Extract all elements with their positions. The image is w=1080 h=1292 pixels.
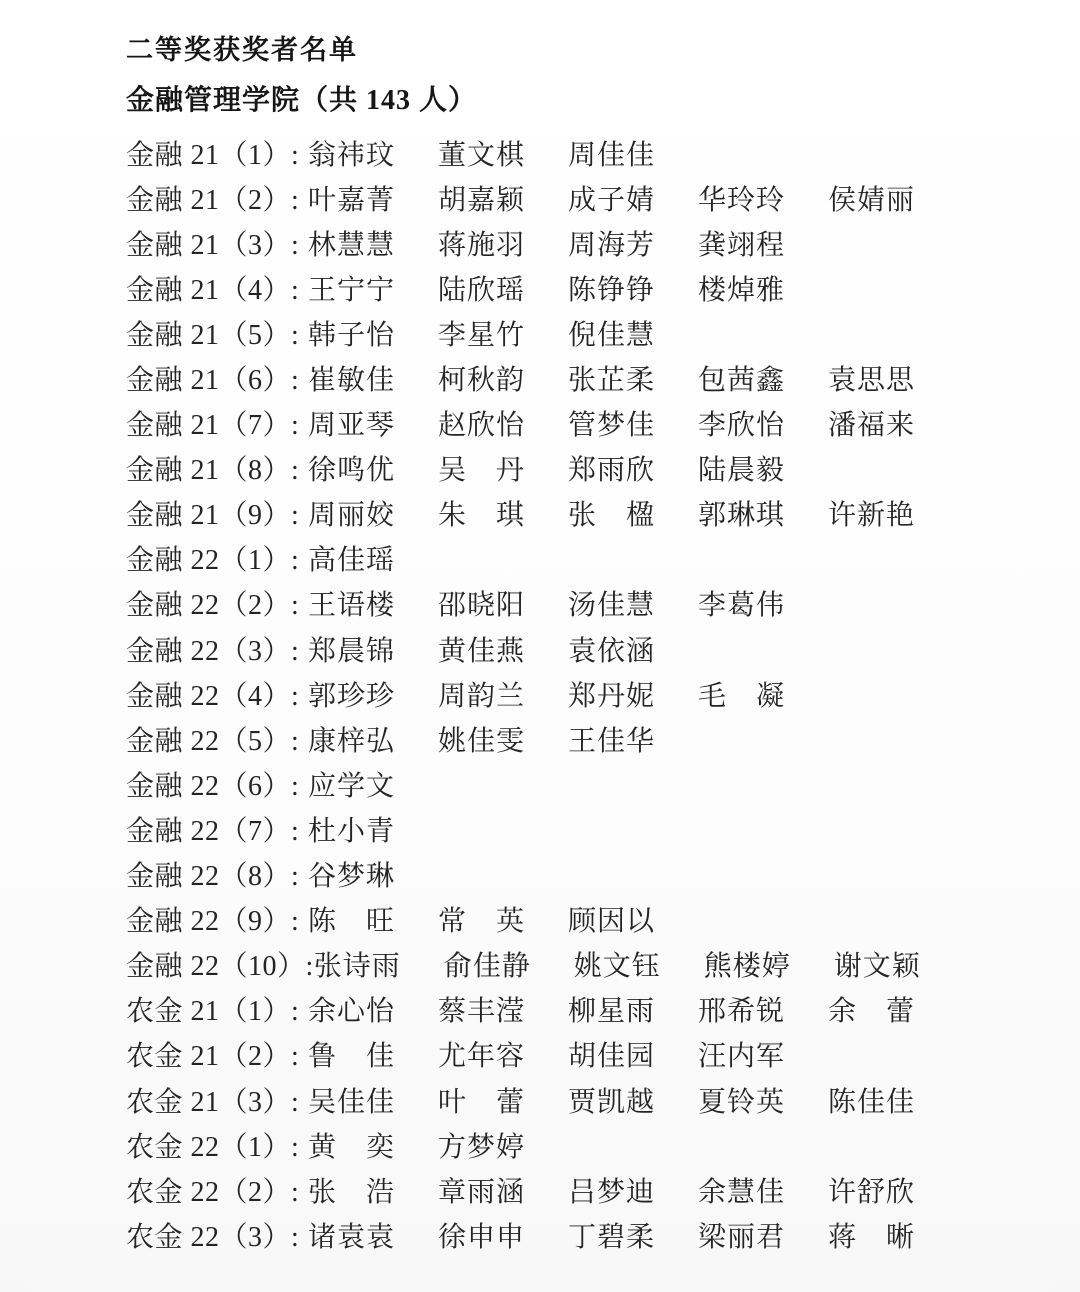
college-heading: 金融管理学院（共 143 人） (126, 84, 1050, 118)
student-name: 袁思思 (828, 358, 958, 398)
class-label: 农金 21（3）: (126, 1080, 308, 1120)
student-name: 鲁 佳 (308, 1034, 438, 1074)
class-label: 金融 22（6）: (126, 764, 308, 804)
class-label: 农金 22（3）: (126, 1215, 308, 1255)
student-name: 许舒欣 (828, 1170, 958, 1210)
award-row: 金融 21（1）: 翁祎玟董文棋周佳佳 (126, 130, 1050, 175)
award-row: 金融 21（7）: 周亚琴赵欣怡管梦佳李欣怡潘福来 (126, 401, 1050, 446)
student-name: 陆晨毅 (698, 448, 828, 488)
award-row: 农金 21（2）: 鲁 佳尤年容胡佳园汪内军 (126, 1032, 1050, 1077)
row-names: 吴佳佳叶 蕾贾凯越夏铃英陈佳佳 (308, 1080, 958, 1120)
award-row: 金融 22（2）: 王语楼邵晓阳汤佳慧李葛伟 (126, 581, 1050, 626)
row-names: 王语楼邵晓阳汤佳慧李葛伟 (308, 583, 828, 623)
row-names: 崔敏佳柯秋韵张芷柔包茜鑫袁思思 (308, 358, 958, 398)
student-name: 应学文 (308, 764, 438, 804)
student-name: 叶 蕾 (438, 1080, 568, 1120)
student-name: 翁祎玟 (308, 133, 438, 173)
student-name: 高佳瑶 (308, 538, 438, 578)
row-names: 应学文 (308, 764, 438, 804)
student-name: 梁丽君 (698, 1215, 828, 1255)
student-name: 李葛伟 (698, 583, 828, 623)
student-name: 郭珍珍 (308, 674, 438, 714)
student-name: 侯婧丽 (828, 178, 958, 218)
student-name: 诸袁袁 (308, 1215, 438, 1255)
student-name: 管梦佳 (568, 403, 698, 443)
student-name: 蒋施羽 (438, 223, 568, 263)
row-names: 杜小青 (308, 809, 438, 849)
class-label: 金融 22（2）: (126, 583, 308, 623)
student-name: 贾凯越 (568, 1080, 698, 1120)
class-label: 金融 21（7）: (126, 403, 308, 443)
student-name: 吕梦迪 (568, 1170, 698, 1210)
class-label: 金融 22（3）: (126, 629, 308, 669)
student-name: 华玲玲 (698, 178, 828, 218)
document-content: 二等奖获奖者名单 金融管理学院（共 143 人） 金融 21（1）: 翁祎玟董文… (126, 34, 1050, 1257)
award-row: 金融 22（7）: 杜小青 (126, 806, 1050, 851)
page-title: 二等奖获奖者名单 (126, 34, 1050, 66)
student-name: 蔡丰滢 (438, 989, 568, 1029)
student-name: 胡佳园 (568, 1034, 698, 1074)
class-label: 金融 21（5）: (126, 313, 308, 353)
student-name: 朱 琪 (438, 493, 568, 533)
student-name: 周亚琴 (308, 403, 438, 443)
student-name: 周韵兰 (438, 674, 568, 714)
student-name: 吴 丹 (438, 448, 568, 488)
student-name: 丁碧柔 (568, 1215, 698, 1255)
award-row: 金融 22（9）: 陈 旺常 英顾因以 (126, 897, 1050, 942)
award-row: 农金 22（1）: 黄 奕方梦婷 (126, 1122, 1050, 1167)
student-name: 成子婧 (568, 178, 698, 218)
class-label: 金融 22（7）: (126, 809, 308, 849)
row-names: 叶嘉菁胡嘉颖成子婧华玲玲侯婧丽 (308, 178, 958, 218)
student-name: 汤佳慧 (568, 583, 698, 623)
award-row: 农金 22（2）: 张 浩章雨涵吕梦迪余慧佳许舒欣 (126, 1167, 1050, 1212)
student-name: 余心怡 (308, 989, 438, 1029)
student-name: 蒋 晰 (828, 1215, 958, 1255)
class-label: 金融 21（8）: (126, 448, 308, 488)
award-row: 金融 22（8）: 谷梦琳 (126, 852, 1050, 897)
student-name: 汪内军 (698, 1034, 828, 1074)
award-row: 金融 21（3）: 林慧慧蒋施羽周海芳龚翊程 (126, 220, 1050, 265)
row-names: 康梓弘姚佳雯王佳华 (308, 719, 698, 759)
student-name: 姚佳雯 (438, 719, 568, 759)
student-name: 赵欣怡 (438, 403, 568, 443)
student-name: 徐申申 (438, 1215, 568, 1255)
student-name: 倪佳慧 (568, 313, 698, 353)
row-names: 周亚琴赵欣怡管梦佳李欣怡潘福来 (308, 403, 958, 443)
student-name: 王佳华 (568, 719, 698, 759)
award-row: 金融 22（4）: 郭珍珍周韵兰郑丹妮毛 凝 (126, 671, 1050, 716)
student-name: 潘福来 (828, 403, 958, 443)
student-name: 毛 凝 (698, 674, 828, 714)
row-names: 韩子怡李星竹倪佳慧 (308, 313, 698, 353)
class-label: 金融 22（4）: (126, 674, 308, 714)
student-name: 郑晨锦 (308, 629, 438, 669)
student-name: 胡嘉颖 (438, 178, 568, 218)
student-name: 方梦婷 (438, 1125, 568, 1165)
row-names: 张 浩章雨涵吕梦迪余慧佳许舒欣 (308, 1170, 958, 1210)
class-label: 金融 22（8）: (126, 854, 308, 894)
award-row: 金融 21（5）: 韩子怡李星竹倪佳慧 (126, 310, 1050, 355)
student-name: 王语楼 (308, 583, 438, 623)
row-names: 徐鸣优吴 丹郑雨欣陆晨毅 (308, 448, 828, 488)
student-name: 袁依涵 (568, 629, 698, 669)
student-name: 董文棋 (438, 133, 568, 173)
class-label: 农金 21（2）: (126, 1034, 308, 1074)
student-name: 谢文颖 (834, 944, 964, 984)
student-name: 李星竹 (438, 313, 568, 353)
award-row: 金融 21（2）: 叶嘉菁胡嘉颖成子婧华玲玲侯婧丽 (126, 175, 1050, 220)
student-name: 王宁宁 (308, 268, 438, 308)
student-name: 楼焯雅 (698, 268, 828, 308)
student-name: 郭琳琪 (698, 493, 828, 533)
student-name: 张诗雨 (314, 944, 444, 984)
row-names: 高佳瑶 (308, 538, 438, 578)
student-name: 叶嘉菁 (308, 178, 438, 218)
student-name: 章雨涵 (438, 1170, 568, 1210)
student-name: 余慧佳 (698, 1170, 828, 1210)
class-label: 农金 21（1）: (126, 989, 308, 1029)
award-row: 金融 22（10）: 张诗雨俞佳静姚文钰熊楼婷谢文颖 (126, 942, 1050, 987)
scanned-document-page: 二等奖获奖者名单 金融管理学院（共 143 人） 金融 21（1）: 翁祎玟董文… (0, 0, 1080, 1292)
class-label: 金融 21（1）: (126, 133, 308, 173)
class-label: 金融 22（9）: (126, 899, 308, 939)
student-name: 张芷柔 (568, 358, 698, 398)
student-name: 熊楼婷 (704, 944, 834, 984)
student-name: 黄 奕 (308, 1125, 438, 1165)
student-name: 陈佳佳 (828, 1080, 958, 1120)
student-name: 李欣怡 (698, 403, 828, 443)
student-name: 谷梦琳 (308, 854, 438, 894)
row-names: 陈 旺常 英顾因以 (308, 899, 698, 939)
student-name: 张 浩 (308, 1170, 438, 1210)
student-name: 周佳佳 (568, 133, 698, 173)
class-label: 金融 21（6）: (126, 358, 308, 398)
student-name: 崔敏佳 (308, 358, 438, 398)
student-name: 韩子怡 (308, 313, 438, 353)
student-name: 周海芳 (568, 223, 698, 263)
student-name: 邢希锐 (698, 989, 828, 1029)
student-name: 黄佳燕 (438, 629, 568, 669)
row-names: 翁祎玟董文棋周佳佳 (308, 133, 698, 173)
student-name: 龚翊程 (698, 223, 828, 263)
class-label: 金融 21（4）: (126, 268, 308, 308)
student-name: 吴佳佳 (308, 1080, 438, 1120)
student-name: 顾因以 (568, 899, 698, 939)
student-name: 柳星雨 (568, 989, 698, 1029)
student-name: 陈铮铮 (568, 268, 698, 308)
student-name: 姚文钰 (574, 944, 704, 984)
award-row: 金融 21（4）: 王宁宁陆欣瑶陈铮铮楼焯雅 (126, 265, 1050, 310)
class-label: 农金 22（2）: (126, 1170, 308, 1210)
student-name: 包茜鑫 (698, 358, 828, 398)
row-names: 张诗雨俞佳静姚文钰熊楼婷谢文颖 (314, 944, 964, 984)
row-names: 林慧慧蒋施羽周海芳龚翊程 (308, 223, 828, 263)
class-label: 金融 22（10）: (126, 944, 314, 984)
student-name: 郑雨欣 (568, 448, 698, 488)
class-label: 金融 21（3）: (126, 223, 308, 263)
class-label: 金融 21（9）: (126, 493, 308, 533)
student-name: 陈 旺 (308, 899, 438, 939)
student-name: 张 楹 (568, 493, 698, 533)
award-row: 金融 22（5）: 康梓弘姚佳雯王佳华 (126, 716, 1050, 761)
row-names: 王宁宁陆欣瑶陈铮铮楼焯雅 (308, 268, 828, 308)
student-name: 柯秋韵 (438, 358, 568, 398)
row-names: 诸袁袁徐申申丁碧柔梁丽君蒋 晰 (308, 1215, 958, 1255)
student-name: 郑丹妮 (568, 674, 698, 714)
award-row: 金融 21（9）: 周丽姣朱 琪张 楹郭琳琪许新艳 (126, 491, 1050, 536)
student-name: 杜小青 (308, 809, 438, 849)
student-name: 周丽姣 (308, 493, 438, 533)
row-names: 余心怡蔡丰滢柳星雨邢希锐余 蕾 (308, 989, 958, 1029)
student-name: 夏铃英 (698, 1080, 828, 1120)
award-row: 农金 22（3）: 诸袁袁徐申申丁碧柔梁丽君蒋 晰 (126, 1212, 1050, 1257)
award-row: 金融 22（1）: 高佳瑶 (126, 536, 1050, 581)
winners-list: 金融 21（1）: 翁祎玟董文棋周佳佳 金融 21（2）: 叶嘉菁胡嘉颖成子婧华… (126, 130, 1050, 1257)
student-name: 常 英 (438, 899, 568, 939)
award-row: 金融 22（6）: 应学文 (126, 761, 1050, 806)
student-name: 余 蕾 (828, 989, 958, 1029)
award-row: 金融 21（8）: 徐鸣优吴 丹郑雨欣陆晨毅 (126, 446, 1050, 491)
row-names: 郭珍珍周韵兰郑丹妮毛 凝 (308, 674, 828, 714)
class-label: 金融 21（2）: (126, 178, 308, 218)
student-name: 俞佳静 (444, 944, 574, 984)
row-names: 黄 奕方梦婷 (308, 1125, 568, 1165)
student-name: 尤年容 (438, 1034, 568, 1074)
award-row: 农金 21（3）: 吴佳佳叶 蕾贾凯越夏铃英陈佳佳 (126, 1077, 1050, 1122)
class-label: 金融 22（5）: (126, 719, 308, 759)
student-name: 林慧慧 (308, 223, 438, 263)
student-name: 康梓弘 (308, 719, 438, 759)
award-row: 农金 21（1）: 余心怡蔡丰滢柳星雨邢希锐余 蕾 (126, 987, 1050, 1032)
row-names: 谷梦琳 (308, 854, 438, 894)
award-row: 金融 21（6）: 崔敏佳柯秋韵张芷柔包茜鑫袁思思 (126, 355, 1050, 400)
student-name: 徐鸣优 (308, 448, 438, 488)
row-names: 周丽姣朱 琪张 楹郭琳琪许新艳 (308, 493, 958, 533)
class-label: 农金 22（1）: (126, 1125, 308, 1165)
student-name: 许新艳 (828, 493, 958, 533)
student-name: 邵晓阳 (438, 583, 568, 623)
class-label: 金融 22（1）: (126, 538, 308, 578)
row-names: 鲁 佳尤年容胡佳园汪内军 (308, 1034, 828, 1074)
student-name: 陆欣瑶 (438, 268, 568, 308)
row-names: 郑晨锦黄佳燕袁依涵 (308, 629, 698, 669)
award-row: 金融 22（3）: 郑晨锦黄佳燕袁依涵 (126, 626, 1050, 671)
